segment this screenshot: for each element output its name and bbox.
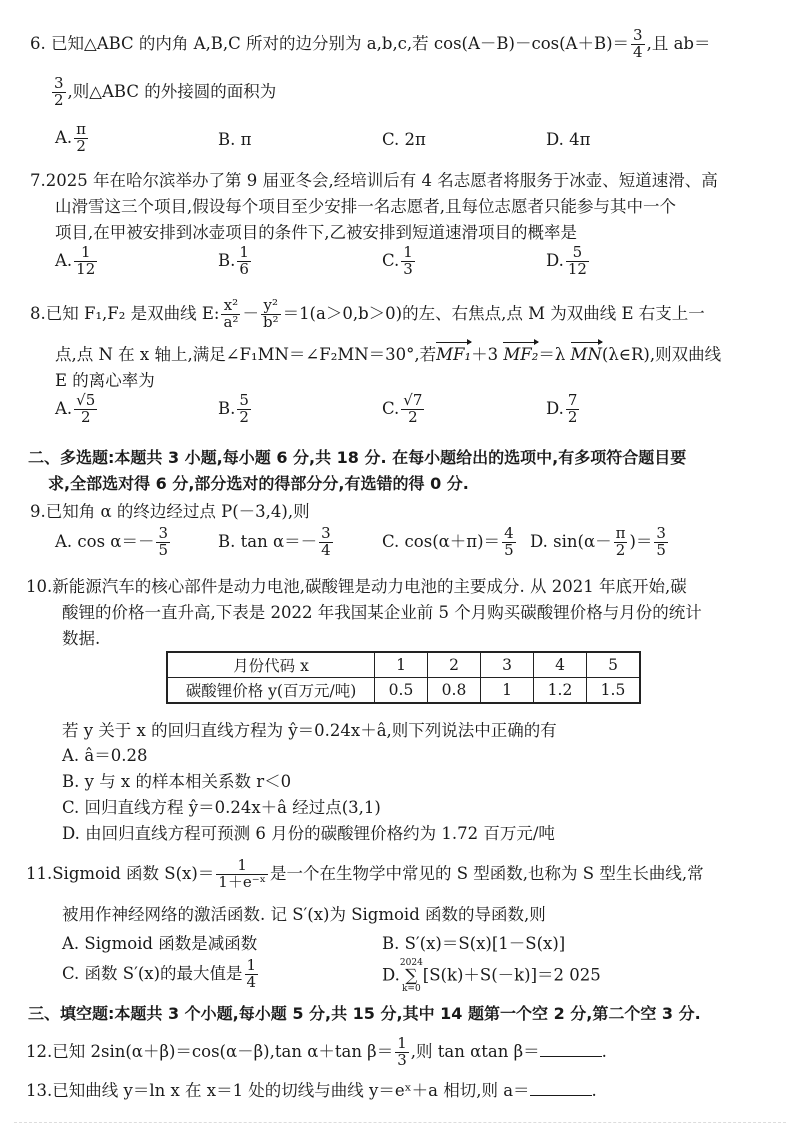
question-7-line-2: 山滑雪这三个项目,假设每个项目至少安排一名志愿者,且每位志愿者只能参与其中一个	[55, 196, 676, 218]
question-6-line-2: 32,则△ABC 的外接圆的面积为	[50, 76, 276, 109]
table-cell: 2	[428, 652, 481, 678]
question-10-line-2: 酸锂的价格一直升高,下表是 2022 年我国某企业前 5 个月购买碳酸锂价格与月…	[62, 602, 702, 624]
q6-option-d[interactable]: D. 4π	[546, 130, 590, 149]
q7-option-b[interactable]: B.16	[218, 245, 253, 278]
q10-option-b[interactable]: B. y 与 x 的样本相关系数 r＜0	[62, 771, 291, 793]
question-10-line-3: 数据.	[62, 628, 100, 650]
question-11-line-2: 被用作神经网络的激活函数. 记 S′(x)为 Sigmoid 函数的导函数,则	[62, 904, 546, 926]
question-13: 13.已知曲线 y＝ln x 在 x＝1 处的切线与曲线 y＝eˣ＋a 相切,则…	[26, 1080, 597, 1102]
answer-blank[interactable]	[540, 1042, 602, 1057]
table-cell: 0.8	[428, 678, 481, 704]
vector-mf1: MF₁	[436, 344, 471, 366]
table-row: 月份代码 x 1 2 3 4 5	[167, 652, 640, 678]
summation-symbol: 2024∑k=0	[400, 958, 423, 994]
table-cell: 0.5	[375, 678, 428, 704]
section-2-heading-line-1: 二、多选题:本题共 3 小题,每小题 6 分,共 18 分. 在每小题给出的选项…	[28, 447, 686, 469]
table-header-cell: 碳酸锂价格 y(百万元/吨)	[167, 678, 375, 704]
table-cell: 1	[481, 678, 534, 704]
question-8-line-1: 8.已知 F₁,F₂ 是双曲线 E:x²a²－y²b²＝1(a＞0,b＞0)的左…	[30, 298, 705, 331]
q7-option-c[interactable]: C.13	[382, 245, 417, 278]
question-number: 6.	[30, 34, 46, 53]
table-row: 碳酸锂价格 y(百万元/吨) 0.5 0.8 1 1.2 1.5	[167, 678, 640, 704]
question-6-line-1: 6. 已知△ABC 的内角 A,B,C 所对的边分别为 a,b,c,若 cos(…	[30, 28, 710, 61]
table-cell: 1	[375, 652, 428, 678]
q11-option-d[interactable]: D.2024∑k=0[S(k)＋S(－k)]＝2 025	[382, 958, 601, 994]
question-12: 12.已知 2sin(α＋β)＝cos(α－β),tan α＋tan β＝13,…	[26, 1036, 607, 1069]
q11-option-a[interactable]: A. Sigmoid 函数是减函数	[62, 930, 257, 954]
question-number: 7.	[30, 171, 46, 190]
q8-option-c[interactable]: C.√72	[382, 393, 426, 426]
q10-option-c[interactable]: C. 回归直线方程 ŷ＝0.24x＋â 经过点(3,1)	[62, 797, 381, 819]
question-7-line-3: 项目,在甲被安排到冰壶项目的条件下,乙被安排到短道速滑项目的概率是	[55, 222, 577, 244]
question-11-line-1: 11.Sigmoid 函数 S(x)＝11＋e⁻ˣ是一个在生物学中常见的 S 型…	[26, 858, 704, 891]
q8-option-a[interactable]: A.√52	[55, 393, 99, 426]
question-8-line-3: E 的离心率为	[55, 370, 155, 392]
q6-option-c[interactable]: C. 2π	[382, 130, 426, 149]
q7-option-d[interactable]: D.512	[546, 245, 591, 278]
question-10-stem: 若 y 关于 x 的回归直线方程为 ŷ＝0.24x＋â,则下列说法中正确的有	[62, 720, 557, 742]
q8-option-d[interactable]: D.72	[546, 393, 581, 426]
table-cell: 4	[534, 652, 587, 678]
fraction: 34	[631, 28, 645, 61]
answer-blank[interactable]	[530, 1081, 592, 1096]
q10-option-a[interactable]: A. â＝0.28	[62, 745, 148, 767]
vector-mf2: MF₂	[503, 344, 538, 366]
q9-option-a[interactable]: A. cos α＝－35	[55, 526, 172, 559]
q9-option-b[interactable]: B. tan α＝－34	[218, 526, 335, 559]
q9-option-c[interactable]: C. cos(α＋π)＝45	[382, 526, 518, 559]
vector-mn: MN	[571, 344, 602, 366]
question-7-line-1: 7.2025 年在哈尔滨举办了第 9 届亚冬会,经培训后有 4 名志愿者将服务于…	[30, 170, 718, 192]
q7-option-a[interactable]: A.112	[55, 245, 99, 278]
fraction: 32	[52, 76, 66, 109]
table-cell: 1.5	[587, 678, 641, 704]
section-3-heading: 三、填空题:本题共 3 个小题,每小题 5 分,共 15 分,其中 14 题第一…	[28, 1003, 701, 1025]
q10-option-d[interactable]: D. 由回归直线方程可预测 6 月份的碳酸锂价格约为 1.72 百万元/吨	[62, 823, 555, 845]
q11-option-c[interactable]: C. 函数 S′(x)的最大值是14	[62, 958, 260, 991]
data-table: 月份代码 x 1 2 3 4 5 碳酸锂价格 y(百万元/吨) 0.5 0.8 …	[166, 651, 641, 704]
table-cell: 3	[481, 652, 534, 678]
q9-option-d[interactable]: D. sin(α－π2)＝35	[530, 526, 670, 559]
page-divider	[14, 1122, 786, 1123]
question-10-line-1: 10.新能源汽车的核心部件是动力电池,碳酸锂是动力电池的主要成分. 从 2021…	[26, 576, 687, 598]
q11-option-b[interactable]: B. S′(x)＝S(x)[1－S(x)]	[382, 930, 565, 954]
question-8-line-2: 点,点 N 在 x 轴上,满足∠F₁MN＝∠F₂MN＝30°,若MF₁＋3 MF…	[55, 344, 721, 366]
section-2-heading-line-2: 求,全部选对得 6 分,部分选对的得部分分,有选错的得 0 分.	[48, 473, 469, 495]
table-cell: 1.2	[534, 678, 587, 704]
q6-option-a[interactable]: A.π2	[55, 122, 90, 155]
table-cell: 5	[587, 652, 641, 678]
table-header-cell: 月份代码 x	[167, 652, 375, 678]
q6-option-b[interactable]: B. π	[218, 130, 251, 149]
q8-option-b[interactable]: B.52	[218, 393, 253, 426]
question-9-stem: 9.已知角 α 的终边经过点 P(－3,4),则	[30, 501, 310, 523]
